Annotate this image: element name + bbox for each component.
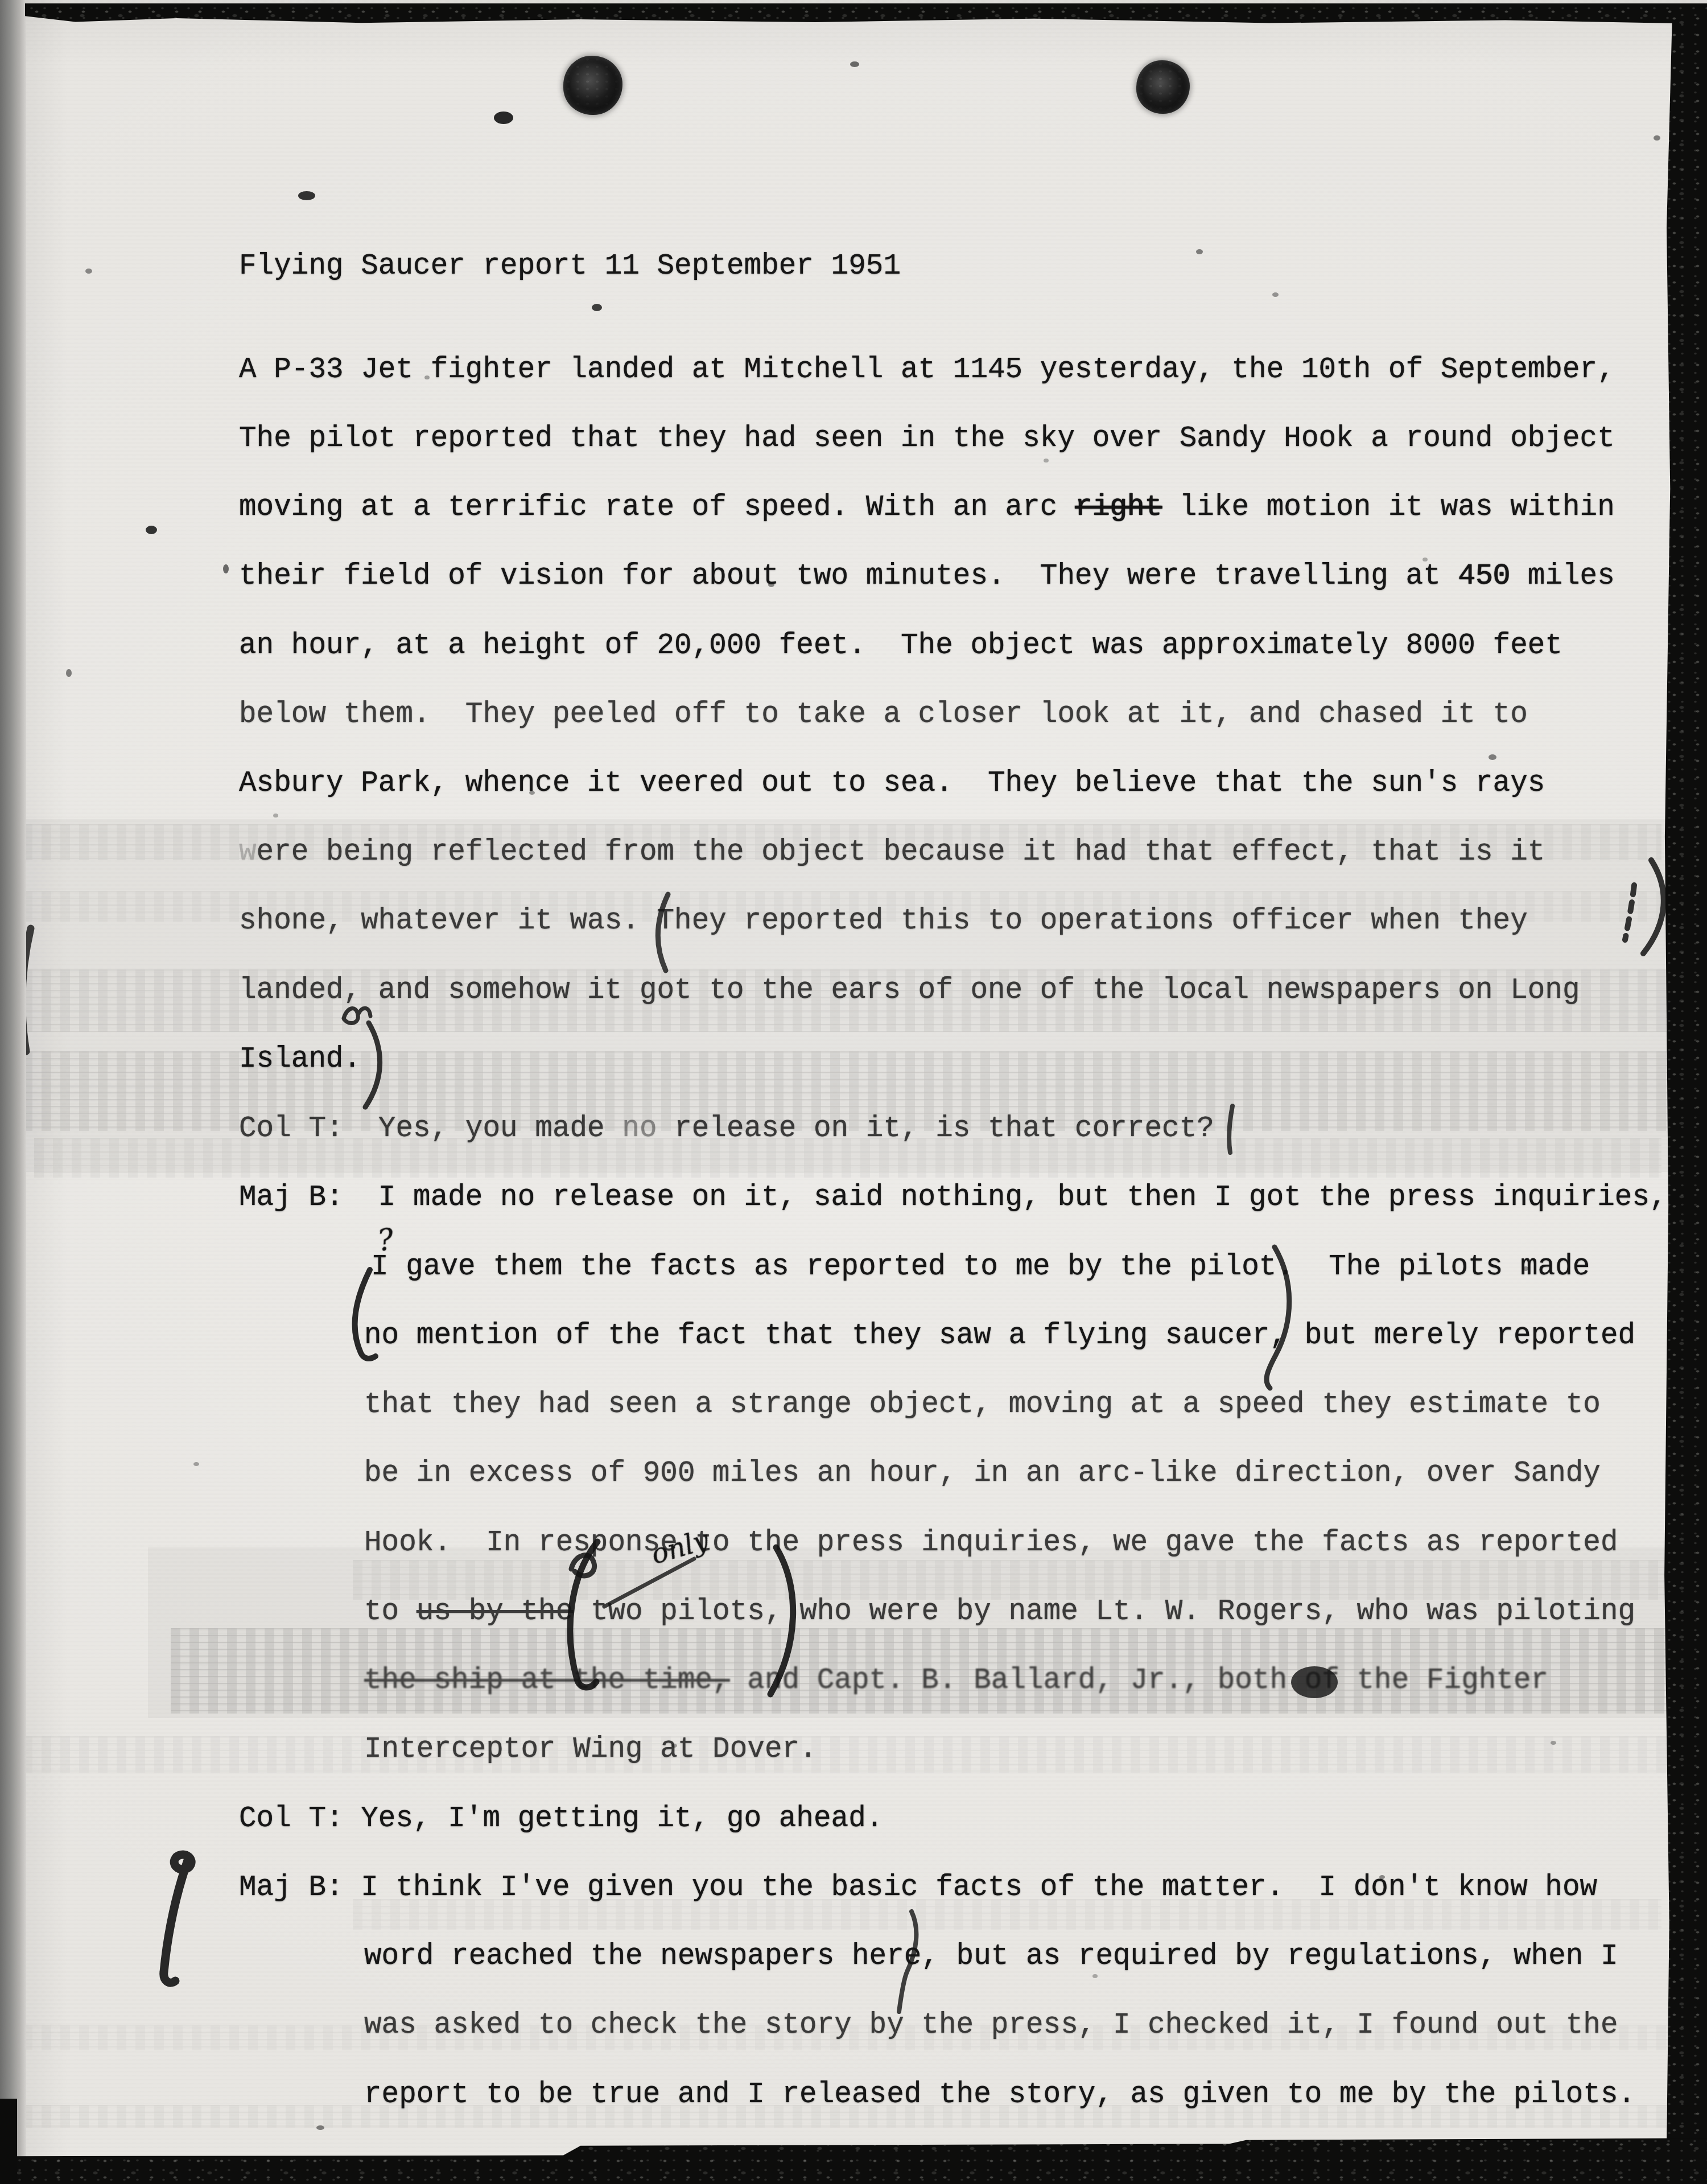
handwritten-right-margin-stroke <box>1625 885 1634 940</box>
handwritten-annotations <box>0 0 1707 2184</box>
ink-speck <box>193 1462 199 1466</box>
scan-edge-bottom-left <box>0 2099 17 2184</box>
ink-speck <box>298 191 315 200</box>
handwritten-close-paren-after-pilot <box>1267 1247 1289 1388</box>
ink-speck <box>66 669 72 677</box>
scanned-document-page: Flying Saucer report 11 September 1951A … <box>0 0 1707 2184</box>
scan-edge-left <box>0 0 26 2184</box>
ink-speck <box>273 814 278 818</box>
ink-speck <box>1379 1875 1385 1879</box>
ink-speck <box>1489 754 1496 760</box>
ink-speck <box>146 526 157 534</box>
punch-hole <box>1136 60 1190 114</box>
ink-speck <box>592 304 602 311</box>
handwritten-insertion-slash <box>604 1559 694 1607</box>
ink-speck <box>316 2125 324 2130</box>
ink-speck <box>223 564 229 573</box>
handwritten-right-margin-paren <box>1643 860 1664 953</box>
handwritten-paren-left-of-maj-b <box>164 1855 191 1983</box>
ink-speck <box>1092 1974 1098 1978</box>
ink-speck <box>424 375 430 379</box>
handwritten-tick-after-correct <box>1229 1106 1232 1153</box>
handwritten-comma-above-here <box>899 1911 916 2012</box>
ink-speck <box>1422 558 1428 562</box>
ink-speck <box>850 61 859 67</box>
ink-speck <box>494 112 513 124</box>
ink-speck <box>85 269 92 274</box>
handwritten-squiggle-above-island <box>344 1008 370 1023</box>
ink-blot-over-of <box>1292 1667 1337 1698</box>
scan-edge-right <box>1663 10 1707 2184</box>
ink-speck <box>1272 292 1279 297</box>
handwritten-close-paren-after-island <box>365 1023 380 1107</box>
ink-speck <box>1196 249 1203 254</box>
handwritten-close-paren-two-pilots <box>770 1547 793 1694</box>
handwritten-open-paren-i-gave <box>355 1270 376 1359</box>
ink-speck <box>1523 1266 1529 1271</box>
ink-speck <box>671 1744 677 1748</box>
ink-speck <box>529 791 535 795</box>
ink-speck <box>768 583 774 587</box>
handwritten-open-paren-they-reported <box>658 894 668 971</box>
ink-speck <box>1654 135 1660 141</box>
punch-hole <box>563 56 622 115</box>
ink-speck <box>1551 1741 1556 1745</box>
ink-speck <box>1044 459 1049 463</box>
